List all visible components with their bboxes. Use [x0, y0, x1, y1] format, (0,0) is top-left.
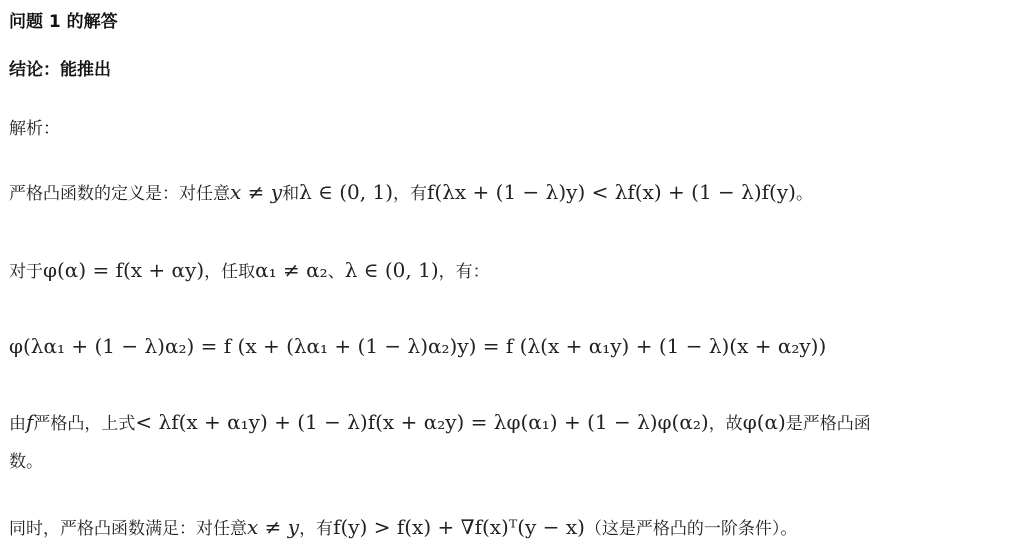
conclusion-step-wrap: 数。 [9, 450, 43, 474]
analysis-label: 解析： [9, 117, 60, 141]
text: ，有 [299, 519, 333, 539]
text: ，有： [439, 262, 490, 282]
text: 是严格凸函 [786, 414, 871, 434]
first-order-paragraph: 同时，严格凸函数满足：对任意x ≠ y，有f(y) > f(x) + ∇f(x)… [9, 515, 797, 541]
text: 和 [282, 184, 299, 204]
math-inline: λ ∈ (0, 1) [345, 258, 439, 282]
conclusion-heading: 结论：能推出 [9, 58, 111, 82]
conclusion-step-paragraph: 由f严格凸，上式< λf(x + α₁y) + (1 − λ)f(x + α₂y… [9, 410, 871, 436]
setup-paragraph: 对于φ(α) = f(x + αy)，任取α₁ ≠ α₂、λ ∈ (0, 1)，… [9, 258, 490, 284]
text: 由 [9, 414, 26, 434]
text: 。 [796, 184, 813, 204]
math-inline: x ≠ y [247, 515, 299, 539]
math-inline: λ ∈ (0, 1) [299, 180, 393, 204]
text: 、 [328, 262, 345, 282]
display-equation: φ(λα₁ + (1 − λ)α₂) = f (x + (λα₁ + (1 − … [9, 334, 826, 358]
text: ，故 [709, 414, 743, 434]
math-inline: f(y) > f(x) + ∇f(x)ᵀ(y − x) [333, 515, 585, 539]
answer-heading: 问题 1 的解答 [9, 10, 118, 34]
text: （这是严格凸的一阶条件）。 [585, 519, 798, 539]
text: ，任取 [204, 262, 255, 282]
text: ，有 [393, 184, 427, 204]
math-inline: φ(α) [743, 410, 786, 434]
text: 同时，严格凸函数满足：对任意 [9, 519, 247, 539]
text: 严格凸，上式 [33, 414, 135, 434]
math-inline: < λf(x + α₁y) + (1 − λ)f(x + α₂y) = λφ(α… [135, 410, 708, 434]
text: 严格凸函数的定义是：对任意 [9, 184, 230, 204]
definition-paragraph: 严格凸函数的定义是：对任意x ≠ y和λ ∈ (0, 1)，有f(λx + (1… [9, 180, 813, 206]
text: 对于 [9, 262, 43, 282]
math-inline: φ(α) = f(x + αy) [43, 258, 204, 282]
answer-document: 问题 1 的解答 结论：能推出 解析： 严格凸函数的定义是：对任意x ≠ y和λ… [0, 0, 1009, 556]
math-inline: f(λx + (1 − λ)y) < λf(x) + (1 − λ)f(y) [427, 180, 796, 204]
math-inline: x ≠ y [230, 180, 282, 204]
math-inline: α₁ ≠ α₂ [255, 258, 328, 282]
